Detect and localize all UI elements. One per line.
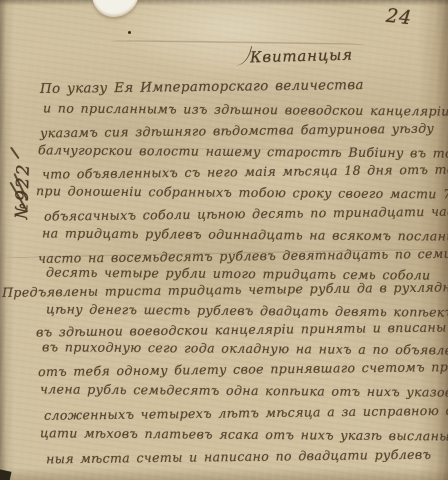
document-heading: Квитанцыя	[250, 46, 353, 67]
page-number: 24	[385, 5, 413, 30]
ink-specks	[128, 31, 131, 34]
scanned-manuscript-page: 24 №922 Квитанцыя По указу Ея Императорс…	[0, 0, 448, 480]
manuscript-line: и по присланнымъ изъ здѣшнои воеводскои …	[43, 100, 448, 118]
manuscript-line: цѣну денегъ шесть рублевъ двадцать девят…	[46, 301, 448, 319]
